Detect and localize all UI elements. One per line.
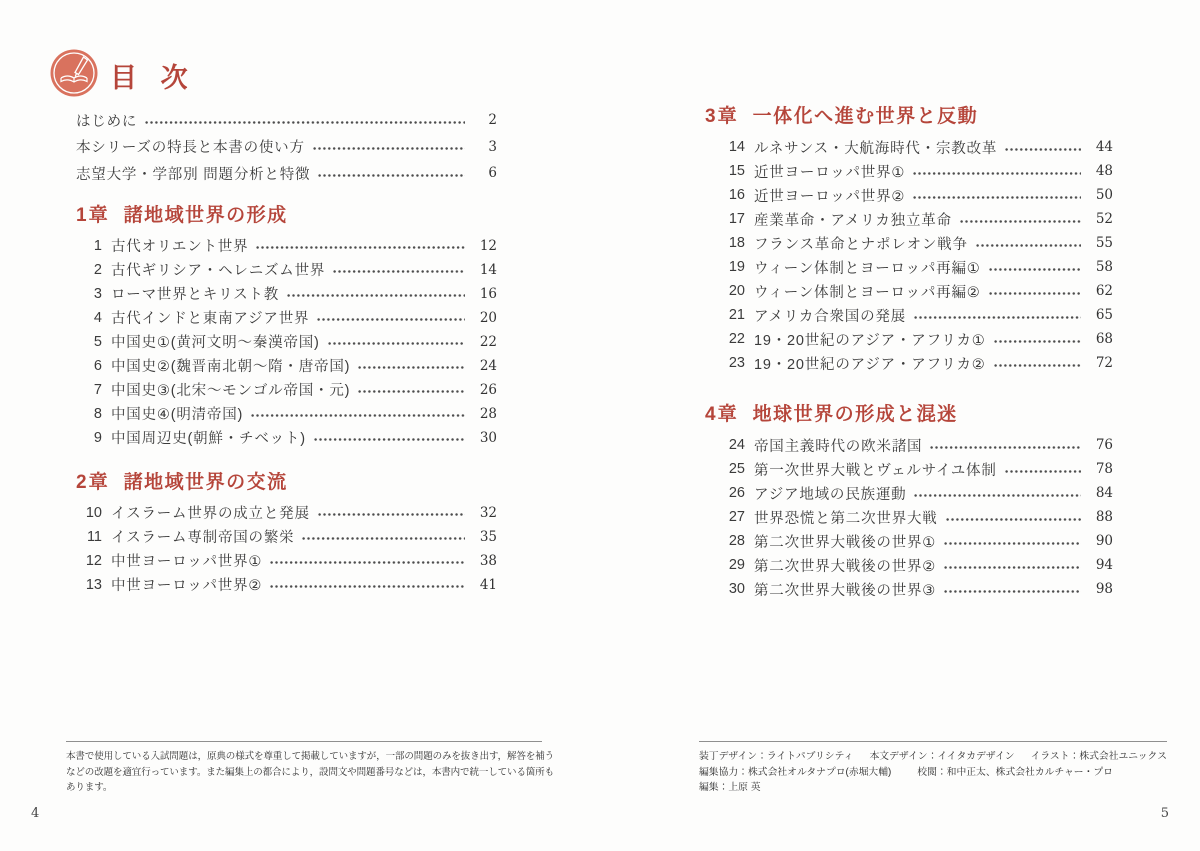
entry-title: イスラーム世界の成立と発展 bbox=[111, 502, 310, 523]
chapter-heading: 1章諸地域世界の形成 bbox=[76, 203, 497, 229]
chapter-title: 諸地域世界の交流 bbox=[124, 472, 288, 493]
toc-entry: 27世界恐慌と第二次世界大戦88 bbox=[705, 505, 1113, 529]
right-page-column: 3章一体化へ進む世界と反動 14ルネサンス・大航海時代・宗教改革44 15近世ヨ… bbox=[705, 104, 1113, 601]
toc-entry: 19ウィーン体制とヨーロッパ再編①58 bbox=[705, 255, 1113, 279]
chapter-label: 1章 bbox=[76, 205, 110, 226]
colophon: 装丁デザイン：ライトパブリシティ 本文デザイン：イイタカデザイン イラスト：株式… bbox=[699, 741, 1167, 796]
chapter-section-4: 4章地球世界の形成と混迷 24帝国主義時代の欧米諸国76 25第一次世界大戦とヴ… bbox=[705, 402, 1113, 601]
entry-page: 16 bbox=[471, 286, 497, 302]
dot-leader bbox=[946, 518, 1081, 521]
entry-page: 72 bbox=[1087, 355, 1113, 371]
entry-number: 23 bbox=[719, 355, 745, 371]
dot-leader bbox=[333, 270, 465, 273]
toc-entry: 4古代インドと東南アジア世界20 bbox=[76, 306, 497, 330]
colophon-line: 装丁デザイン：ライトパブリシティ 本文デザイン：イイタカデザイン イラスト：株式… bbox=[699, 749, 1167, 765]
entry-title: 古代オリエント世界 bbox=[111, 235, 248, 256]
entry-page: 58 bbox=[1087, 259, 1113, 275]
dot-leader bbox=[1005, 148, 1081, 151]
chapter-section-1: 1章諸地域世界の形成 1古代オリエント世界12 2古代ギリシア・ヘレニズム世界1… bbox=[76, 203, 497, 450]
entry-page: 50 bbox=[1087, 187, 1113, 203]
colophon-entry: 装丁デザイン：ライトパブリシティ bbox=[699, 749, 853, 765]
entry-number: 27 bbox=[719, 509, 745, 525]
entry-number: 6 bbox=[76, 358, 102, 374]
colophon-line: 編集：上原 英 bbox=[699, 780, 1167, 796]
toc-entry: 24帝国主義時代の欧米諸国76 bbox=[705, 433, 1113, 457]
entry-number: 26 bbox=[719, 485, 745, 501]
toc-entry: 12中世ヨーロッパ世界①38 bbox=[76, 549, 497, 573]
colophon-entry: 編集協力：株式会社オルタナプロ(赤堀大輔) bbox=[699, 765, 891, 781]
entry-title: 志望大学・学部別 問題分析と特徴 bbox=[76, 163, 310, 184]
entry-page: 68 bbox=[1087, 331, 1113, 347]
entry-page: 84 bbox=[1087, 485, 1113, 501]
entry-title: 中世ヨーロッパ世界① bbox=[111, 550, 262, 571]
entry-number: 14 bbox=[719, 139, 745, 155]
toc-entry: 5中国史①(黄河文明〜秦漢帝国)22 bbox=[76, 330, 497, 354]
entry-number: 12 bbox=[76, 553, 102, 569]
entry-title: 本シリーズの特長と本書の使い方 bbox=[76, 136, 305, 157]
dot-leader bbox=[251, 414, 465, 417]
colophon-entry: 校閲：和中正太、株式会社カルチャー・プロ bbox=[917, 765, 1113, 781]
entry-number: 19 bbox=[719, 259, 745, 275]
dot-leader bbox=[317, 318, 465, 321]
book-and-pencil-icon bbox=[50, 49, 98, 97]
entry-title: 帝国主義時代の欧米諸国 bbox=[754, 435, 922, 456]
dot-leader bbox=[256, 246, 465, 249]
entry-page: 22 bbox=[471, 334, 497, 350]
entry-number: 8 bbox=[76, 406, 102, 422]
entry-title: ウィーン体制とヨーロッパ再編① bbox=[754, 257, 981, 278]
toc-entry: 18フランス革命とナポレオン戦争55 bbox=[705, 231, 1113, 255]
toc-entry: 2古代ギリシア・ヘレニズム世界14 bbox=[76, 258, 497, 282]
toc-entry: 8中国史④(明清帝国)28 bbox=[76, 402, 497, 426]
toc-entry: 9中国周辺史(朝鮮・チベット)30 bbox=[76, 426, 497, 450]
toc-entry: 6中国史②(魏晋南北朝〜隋・唐帝国)24 bbox=[76, 354, 497, 378]
entry-title: 中国史④(明清帝国) bbox=[111, 403, 243, 424]
entry-number: 2 bbox=[76, 262, 102, 278]
entry-number: 22 bbox=[719, 331, 745, 347]
colophon-entry: 編集：上原 英 bbox=[699, 782, 761, 793]
entry-title: 近世ヨーロッパ世界② bbox=[754, 185, 905, 206]
entry-page: 24 bbox=[471, 358, 497, 374]
entry-title: 中国史①(黄河文明〜秦漢帝国) bbox=[111, 331, 320, 352]
dot-leader bbox=[914, 316, 1081, 319]
toc-entry: 本シリーズの特長と本書の使い方3 bbox=[76, 134, 497, 161]
toc-entry: 2219・20世紀のアジア・アフリカ①68 bbox=[705, 327, 1113, 351]
entry-title: 中国周辺史(朝鮮・チベット) bbox=[111, 427, 306, 448]
entry-page: 32 bbox=[471, 505, 497, 521]
entry-title: 第二次世界大戦後の世界② bbox=[754, 555, 936, 576]
entry-title: 第一次世界大戦とヴェルサイユ体制 bbox=[754, 459, 997, 480]
left-page-number: 4 bbox=[31, 806, 39, 821]
toc-entry: 7中国史③(北宋〜モンゴル帝国・元)26 bbox=[76, 378, 497, 402]
entry-page: 55 bbox=[1087, 235, 1113, 251]
entry-page: 3 bbox=[471, 139, 497, 155]
entry-title: イスラーム専制帝国の繁栄 bbox=[111, 526, 294, 547]
entry-title: 古代インドと東南アジア世界 bbox=[111, 307, 309, 328]
page-title: 目 次 bbox=[110, 56, 196, 95]
entry-title: アメリカ合衆国の発展 bbox=[754, 305, 906, 326]
entry-number: 1 bbox=[76, 238, 102, 254]
usage-note-line: などの改題を適宜行っています。また編集上の都合により，設問文や問題番号などは，本… bbox=[66, 765, 542, 781]
chapter-heading: 3章一体化へ進む世界と反動 bbox=[705, 104, 1113, 130]
entry-page: 98 bbox=[1087, 581, 1113, 597]
entry-page: 44 bbox=[1087, 139, 1113, 155]
entry-title: フランス革命とナポレオン戦争 bbox=[754, 233, 968, 254]
entry-title: 第二次世界大戦後の世界① bbox=[754, 531, 936, 552]
entry-number: 9 bbox=[76, 430, 102, 446]
entry-page: 52 bbox=[1087, 211, 1113, 227]
entry-number: 29 bbox=[719, 557, 745, 573]
entry-page: 94 bbox=[1087, 557, 1113, 573]
entry-page: 90 bbox=[1087, 533, 1113, 549]
entry-page: 41 bbox=[471, 577, 497, 593]
toc-entry: 1古代オリエント世界12 bbox=[76, 234, 497, 258]
toc-entry: 16近世ヨーロッパ世界②50 bbox=[705, 183, 1113, 207]
chapter-item-list: 24帝国主義時代の欧米諸国76 25第一次世界大戦とヴェルサイユ体制78 26ア… bbox=[705, 433, 1113, 601]
entry-number: 20 bbox=[719, 283, 745, 299]
entry-number: 11 bbox=[76, 529, 102, 545]
entry-page: 48 bbox=[1087, 163, 1113, 179]
entry-number: 3 bbox=[76, 286, 102, 302]
entry-page: 76 bbox=[1087, 437, 1113, 453]
entry-page: 62 bbox=[1087, 283, 1113, 299]
dot-leader bbox=[145, 121, 465, 124]
chapter-label: 2章 bbox=[76, 472, 110, 493]
dot-leader bbox=[994, 340, 1081, 343]
entry-page: 78 bbox=[1087, 461, 1113, 477]
entry-title: ローマ世界とキリスト教 bbox=[111, 283, 279, 304]
front-matter-list: はじめに2 本シリーズの特長と本書の使い方3 志望大学・学部別 問題分析と特徴6 bbox=[76, 107, 497, 187]
entry-page: 12 bbox=[471, 238, 497, 254]
entry-number: 4 bbox=[76, 310, 102, 326]
toc-entry: 29第二次世界大戦後の世界②94 bbox=[705, 553, 1113, 577]
dot-leader bbox=[270, 585, 465, 588]
entry-page: 26 bbox=[471, 382, 497, 398]
entry-page: 6 bbox=[471, 165, 497, 181]
dot-leader bbox=[313, 147, 465, 150]
dot-leader bbox=[989, 292, 1081, 295]
dot-leader bbox=[314, 438, 465, 441]
dot-leader bbox=[913, 196, 1081, 199]
entry-number: 24 bbox=[719, 437, 745, 453]
toc-entry: 志望大学・学部別 問題分析と特徴6 bbox=[76, 160, 497, 187]
colophon-line: 編集協力：株式会社オルタナプロ(赤堀大輔) 校閲：和中正太、株式会社カルチャー・… bbox=[699, 765, 1167, 781]
chapter-item-list: 1古代オリエント世界12 2古代ギリシア・ヘレニズム世界14 3ローマ世界とキリ… bbox=[76, 234, 497, 450]
dot-leader bbox=[944, 590, 1081, 593]
entry-title: 19・20世紀のアジア・アフリカ② bbox=[754, 353, 986, 374]
chapter-title: 地球世界の形成と混迷 bbox=[753, 404, 958, 425]
dot-leader bbox=[302, 537, 465, 540]
entry-number: 25 bbox=[719, 461, 745, 477]
colophon-entry: 本文デザイン：イイタカデザイン bbox=[869, 749, 1014, 765]
entry-number: 18 bbox=[719, 235, 745, 251]
dot-leader bbox=[318, 174, 465, 177]
toc-entry: 10イスラーム世界の成立と発展32 bbox=[76, 501, 497, 525]
entry-page: 2 bbox=[471, 112, 497, 128]
toc-entry: 30第二次世界大戦後の世界③98 bbox=[705, 577, 1113, 601]
chapter-item-list: 14ルネサンス・大航海時代・宗教改革44 15近世ヨーロッパ世界①48 16近世… bbox=[705, 135, 1113, 375]
toc-entry: はじめに2 bbox=[76, 107, 497, 134]
dot-leader bbox=[914, 494, 1081, 497]
dot-leader bbox=[913, 172, 1081, 175]
entry-page: 14 bbox=[471, 262, 497, 278]
entry-number: 15 bbox=[719, 163, 745, 179]
chapter-title: 諸地域世界の形成 bbox=[124, 205, 288, 226]
toc-entry: 20ウィーン体制とヨーロッパ再編②62 bbox=[705, 279, 1113, 303]
entry-title: 中世ヨーロッパ世界② bbox=[111, 574, 262, 595]
chapter-label: 4章 bbox=[705, 404, 739, 425]
entry-page: 30 bbox=[471, 430, 497, 446]
entry-title: 近世ヨーロッパ世界① bbox=[754, 161, 905, 182]
toc-entry: 2319・20世紀のアジア・アフリカ②72 bbox=[705, 351, 1113, 375]
colophon-entry: イラスト：株式会社ユニックス bbox=[1031, 749, 1167, 765]
chapter-section-3: 3章一体化へ進む世界と反動 14ルネサンス・大航海時代・宗教改革44 15近世ヨ… bbox=[705, 104, 1113, 375]
dot-leader bbox=[287, 294, 465, 297]
left-page-column: はじめに2 本シリーズの特長と本書の使い方3 志望大学・学部別 問題分析と特徴6… bbox=[76, 107, 497, 597]
chapter-section-2: 2章諸地域世界の交流 10イスラーム世界の成立と発展32 11イスラーム専制帝国… bbox=[76, 470, 497, 597]
chapter-item-list: 10イスラーム世界の成立と発展32 11イスラーム専制帝国の繁栄35 12中世ヨ… bbox=[76, 501, 497, 597]
right-page-number: 5 bbox=[1161, 806, 1169, 821]
toc-entry: 15近世ヨーロッパ世界①48 bbox=[705, 159, 1113, 183]
usage-note: 本書で使用している入試問題は，原典の様式を尊重して掲載していますが，一部の問題の… bbox=[66, 741, 542, 796]
entry-number: 30 bbox=[719, 581, 745, 597]
entry-number: 28 bbox=[719, 533, 745, 549]
toc-entry: 21アメリカ合衆国の発展65 bbox=[705, 303, 1113, 327]
toc-entry: 17産業革命・アメリカ独立革命52 bbox=[705, 207, 1113, 231]
toc-entry: 28第二次世界大戦後の世界①90 bbox=[705, 529, 1113, 553]
entry-page: 20 bbox=[471, 310, 497, 326]
entry-number: 5 bbox=[76, 334, 102, 350]
entry-page: 88 bbox=[1087, 509, 1113, 525]
entry-number: 13 bbox=[76, 577, 102, 593]
toc-entry: 25第一次世界大戦とヴェルサイユ体制78 bbox=[705, 457, 1113, 481]
chapter-heading: 2章諸地域世界の交流 bbox=[76, 470, 497, 496]
entry-number: 10 bbox=[76, 505, 102, 521]
entry-title: アジア地域の民族運動 bbox=[754, 483, 906, 504]
entry-title: ルネサンス・大航海時代・宗教改革 bbox=[754, 137, 997, 158]
entry-number: 16 bbox=[719, 187, 745, 203]
dot-leader bbox=[1005, 470, 1081, 473]
dot-leader bbox=[358, 390, 465, 393]
entry-title: 中国史②(魏晋南北朝〜隋・唐帝国) bbox=[111, 355, 350, 376]
toc-spread: 目 次 はじめに2 本シリーズの特長と本書の使い方3 志望大学・学部別 問題分析… bbox=[0, 0, 1200, 851]
entry-page: 38 bbox=[471, 553, 497, 569]
entry-title: 第二次世界大戦後の世界③ bbox=[754, 579, 936, 600]
entry-title: 産業革命・アメリカ独立革命 bbox=[754, 209, 952, 230]
toc-entry: 11イスラーム専制帝国の繁栄35 bbox=[76, 525, 497, 549]
dot-leader bbox=[976, 244, 1081, 247]
dot-leader bbox=[358, 366, 465, 369]
dot-leader bbox=[930, 446, 1081, 449]
entry-title: 中国史③(北宋〜モンゴル帝国・元) bbox=[111, 379, 350, 400]
usage-note-line: あります。 bbox=[66, 780, 542, 796]
dot-leader bbox=[270, 561, 465, 564]
entry-title: 古代ギリシア・ヘレニズム世界 bbox=[111, 259, 325, 280]
entry-title: 世界恐慌と第二次世界大戦 bbox=[754, 507, 938, 528]
entry-page: 35 bbox=[471, 529, 497, 545]
chapter-heading: 4章地球世界の形成と混迷 bbox=[705, 402, 1113, 428]
entry-title: ウィーン体制とヨーロッパ再編② bbox=[754, 281, 981, 302]
dot-leader bbox=[944, 566, 1081, 569]
dot-leader bbox=[944, 542, 1081, 545]
entry-number: 7 bbox=[76, 382, 102, 398]
toc-entry: 3ローマ世界とキリスト教16 bbox=[76, 282, 497, 306]
chapter-label: 3章 bbox=[705, 106, 739, 127]
entry-page: 65 bbox=[1087, 307, 1113, 323]
dot-leader bbox=[328, 342, 465, 345]
dot-leader bbox=[318, 513, 465, 516]
entry-title: 19・20世紀のアジア・アフリカ① bbox=[754, 329, 986, 350]
usage-note-line: 本書で使用している入試問題は，原典の様式を尊重して掲載していますが，一部の問題の… bbox=[66, 749, 542, 765]
entry-number: 21 bbox=[719, 307, 745, 323]
entry-page: 28 bbox=[471, 406, 497, 422]
dot-leader bbox=[989, 268, 1081, 271]
toc-entry: 13中世ヨーロッパ世界②41 bbox=[76, 573, 497, 597]
dot-leader bbox=[994, 364, 1081, 367]
chapter-title: 一体化へ進む世界と反動 bbox=[753, 106, 979, 127]
toc-entry: 14ルネサンス・大航海時代・宗教改革44 bbox=[705, 135, 1113, 159]
entry-number: 17 bbox=[719, 211, 745, 227]
toc-entry: 26アジア地域の民族運動84 bbox=[705, 481, 1113, 505]
dot-leader bbox=[960, 220, 1081, 223]
entry-title: はじめに bbox=[76, 110, 137, 131]
